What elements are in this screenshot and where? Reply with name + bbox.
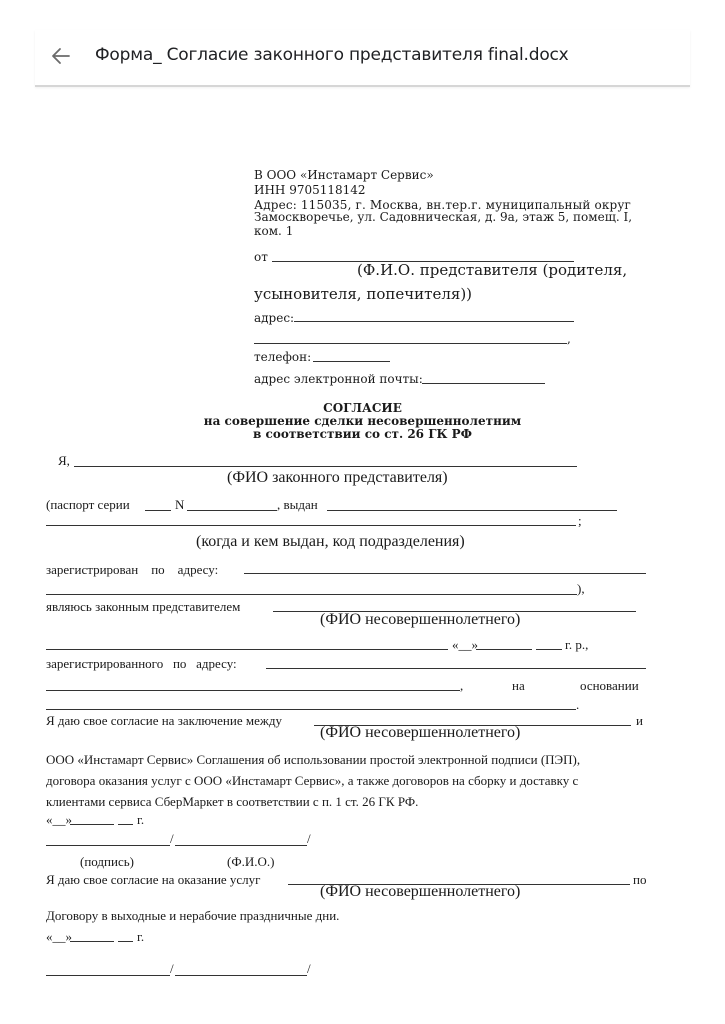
legal-rep-name-field[interactable] xyxy=(74,466,577,467)
phone-field[interactable] xyxy=(313,361,390,362)
fio-hint: (Ф.И.О. представителя (родителя, xyxy=(357,263,627,277)
doc-subheading: в соответствии со ст. 26 ГК РФ xyxy=(0,427,725,441)
close-paren: ), xyxy=(577,582,585,596)
date-day-field[interactable]: «__» xyxy=(46,930,72,944)
minor-hint: (ФИО несовершеннолетнего) xyxy=(320,885,520,899)
passport-series-label: (паспорт серии xyxy=(46,498,130,512)
legal-rep-hint: (ФИО законного представителя) xyxy=(227,471,448,485)
passport-number-field[interactable] xyxy=(187,510,277,511)
issued-hint: (когда и кем выдан, код подразделения) xyxy=(196,535,465,549)
i-label: Я, xyxy=(58,454,70,468)
passport-issued-field[interactable] xyxy=(327,510,617,511)
paragraph-line: клиентами сервиса СберМаркет в соответст… xyxy=(46,795,418,809)
comma: , xyxy=(460,679,463,693)
registered-address-field[interactable] xyxy=(244,573,646,574)
arrow-left-icon xyxy=(49,44,73,68)
paragraph-line: договора оказания услуг с ООО «Инстамарт… xyxy=(46,774,578,788)
doc-subheading: на совершение сделки несовершеннолетним xyxy=(0,414,725,428)
signature-field[interactable] xyxy=(46,975,170,976)
date-day-field[interactable]: «__» xyxy=(46,813,72,827)
passport-issued-label: , выдан xyxy=(277,498,318,512)
doc-heading: СОГЛАСИЕ xyxy=(0,401,725,415)
period: . xyxy=(576,698,579,712)
minor-address-field-2[interactable] xyxy=(46,690,460,691)
on-word: на xyxy=(512,679,525,693)
signature-field[interactable] xyxy=(46,845,170,846)
email-field[interactable] xyxy=(422,383,545,384)
paragraph-line: ООО «Инстамарт Сервис» Соглашения об исп… xyxy=(46,753,580,767)
and-word: и xyxy=(636,714,643,728)
addressee-line: ком. 1 xyxy=(254,224,293,238)
birth-month-field[interactable] xyxy=(476,649,532,650)
fio-hint: усыновителя, попечителя)) xyxy=(254,287,472,301)
minor-hint: (ФИО несовершеннолетнего) xyxy=(320,726,520,740)
basis-field[interactable] xyxy=(46,709,576,710)
legal-rep-label: являюсь законным представителем xyxy=(46,600,240,614)
birth-day-field[interactable]: «__» xyxy=(452,638,478,652)
date-year-field[interactable] xyxy=(118,941,133,942)
from-label: от xyxy=(254,250,268,264)
passport-series-field[interactable] xyxy=(145,510,171,511)
consent-conclusion-label: Я даю свое согласие на заключение между xyxy=(46,714,282,728)
year-label: г. xyxy=(137,930,144,944)
date-year-field[interactable] xyxy=(118,824,133,825)
signature-hint: (подпись) xyxy=(80,855,134,869)
address-field-2[interactable] xyxy=(254,343,567,344)
birth-year-field[interactable] xyxy=(536,649,562,650)
basis-word: основании xyxy=(580,679,639,693)
birth-year-label: г. р., xyxy=(565,638,588,652)
app-header: Форма_ Согласие законного представителя … xyxy=(35,30,690,87)
date-month-field[interactable] xyxy=(70,941,114,942)
slash: / xyxy=(307,962,311,976)
addressee-line: Замоскворечье, ул. Садовническая, д. 9а,… xyxy=(254,210,632,224)
fio-short-hint: (Ф.И.О.) xyxy=(227,855,274,869)
document-title: Форма_ Согласие законного представителя … xyxy=(95,45,569,65)
slash: / xyxy=(170,832,174,846)
date-month-field[interactable] xyxy=(70,824,114,825)
email-label: адрес электронной почты: xyxy=(254,372,423,386)
minor-address-field[interactable] xyxy=(266,668,646,669)
back-button[interactable] xyxy=(49,44,73,68)
addressee-line: В ООО «Инстамарт Сервис» xyxy=(254,168,434,182)
signature-name-field[interactable] xyxy=(175,845,307,846)
passport-issued-field-2[interactable] xyxy=(46,525,576,526)
agreement-days-text: Договору в выходные и нерабочие празднич… xyxy=(46,909,339,923)
year-label: г. xyxy=(137,813,144,827)
slash: / xyxy=(307,832,311,846)
po-word: по xyxy=(633,873,646,887)
signature-name-field[interactable] xyxy=(175,975,307,976)
slash: / xyxy=(170,962,174,976)
minor-registered-label: зарегистрированного по адресу: xyxy=(46,657,237,671)
passport-n-label: N xyxy=(175,498,184,512)
semicolon: ; xyxy=(578,514,582,528)
address-comma: , xyxy=(567,332,571,346)
registered-address-field-2[interactable] xyxy=(46,594,577,595)
phone-label: телефон: xyxy=(254,350,311,364)
minor-hint: (ФИО несовершеннолетнего) xyxy=(320,613,520,627)
address-label: адрес: xyxy=(254,311,294,325)
registered-label: зарегистрирован по адресу: xyxy=(46,563,218,577)
minor-name-field-2[interactable] xyxy=(46,649,448,650)
address-field[interactable] xyxy=(294,321,574,322)
consent-services-label: Я даю свое согласие на оказание услуг xyxy=(46,873,261,887)
addressee-line: ИНН 9705118142 xyxy=(254,183,366,197)
